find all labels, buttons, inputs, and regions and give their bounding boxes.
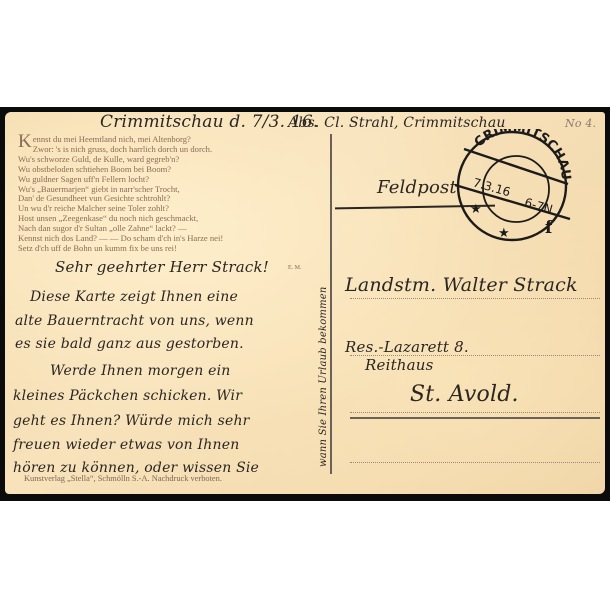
address-dotted-line	[350, 298, 600, 299]
postcard: Crimmitschau d. 7/3. 16. Abs. Cl. Strahl…	[5, 112, 605, 494]
message-line: geht es Ihnen? Würde mich sehr	[13, 413, 250, 429]
message-line: es sie bald ganz aus gestorben.	[15, 336, 244, 352]
place-date-handwriting: Crimmitschau d. 7/3. 16.	[100, 112, 318, 132]
poem-signature: E. M.	[288, 264, 302, 274]
message-line: Werde Ihnen morgen ein	[50, 363, 231, 379]
address-name: Landstm. Walter Strack	[345, 274, 578, 296]
vertical-handwriting: wann Sie Ihren Urlaub bekommen	[318, 286, 329, 467]
message-line: alte Bauerntracht von uns, wenn	[15, 313, 254, 329]
center-divider	[330, 134, 332, 474]
address-dotted-line	[350, 412, 600, 413]
address-dotted-line	[350, 462, 600, 463]
message-line: kleines Päckchen schicken. Wir	[13, 388, 242, 404]
address-underline	[350, 417, 600, 419]
poem-line: ennst du mei Heemtland nich, mei Altenbo…	[33, 134, 191, 144]
message-line: Sehr geehrter Herr Strack!	[55, 258, 269, 276]
postmark-stamp: CRIMMITSCHAU 7.3.16 6-7N ★ ★ f	[450, 129, 575, 247]
address-city: St. Avold.	[410, 382, 519, 407]
publisher-line: Kunstverlag „Stella“, Schmölln S.-A. Nac…	[24, 474, 222, 483]
star-icon: ★	[470, 202, 482, 217]
message-line: Diese Karte zeigt Ihnen eine	[30, 289, 238, 305]
address-line-3: Reithaus	[365, 356, 434, 374]
feldpost-handwriting: Feldpost	[377, 177, 457, 198]
message-line: freuen wieder etwas von Ihnen	[13, 437, 239, 453]
address-line-2: Res.-Lazarett 8.	[345, 338, 469, 356]
printed-poem: Kennst du mei Heemtland nich, mei Altenb…	[18, 135, 223, 254]
star-icon: ★	[498, 226, 510, 241]
poem-dropcap: K	[18, 136, 32, 148]
poem-line: Setz d'ch uff de Bohn un kumm fix be uns…	[18, 244, 223, 254]
